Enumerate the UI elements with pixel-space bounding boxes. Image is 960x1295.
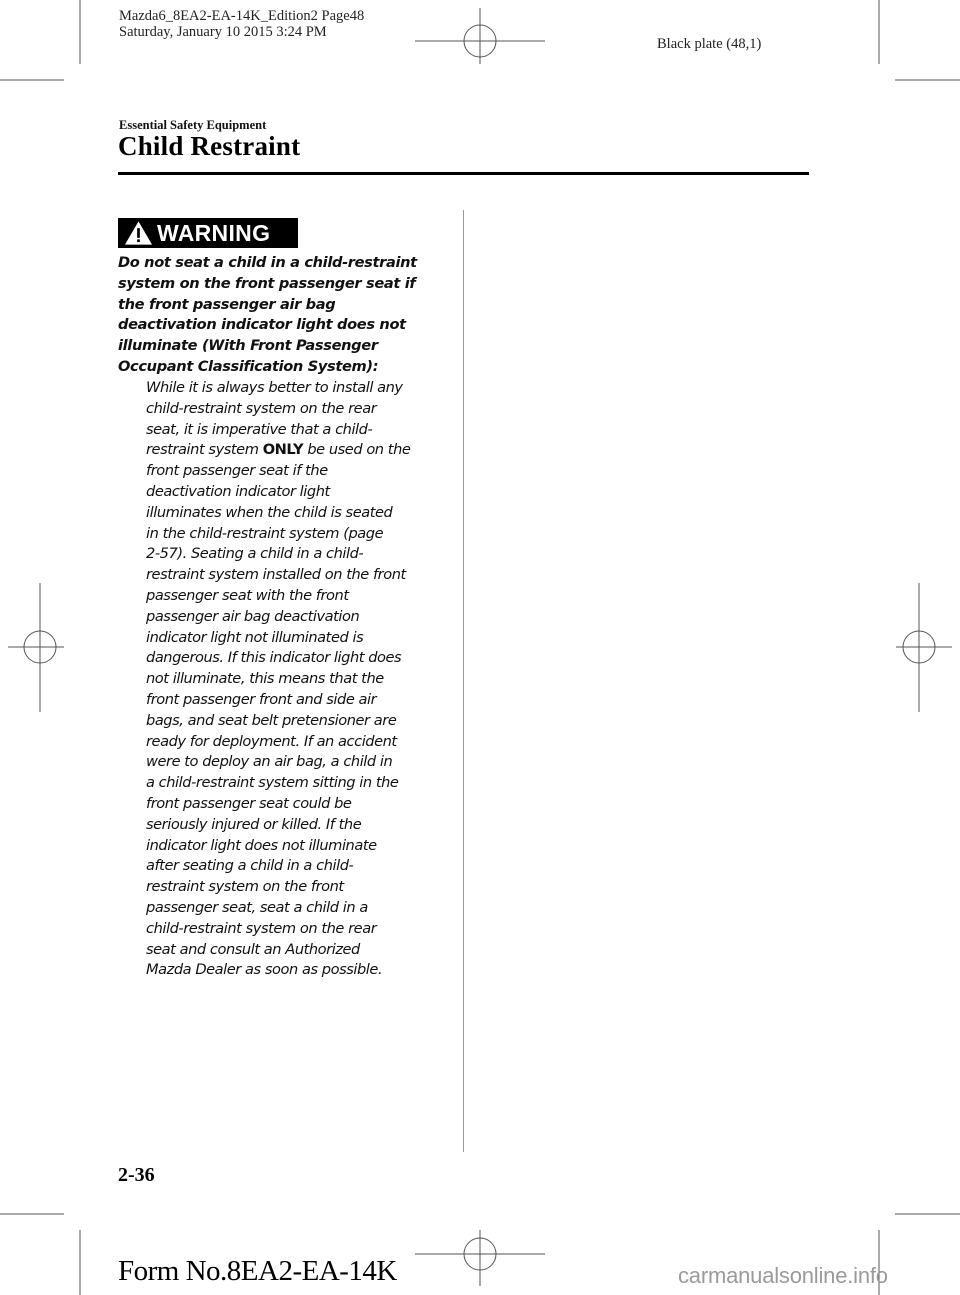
warning-body-line: front passenger seat could be: [146, 794, 446, 815]
warning-body-line-only: restraint system ONLY be used on the: [146, 440, 446, 461]
warning-body-line: illuminates when the child is seated: [146, 503, 446, 524]
warning-body-line: While it is always better to install any: [146, 378, 446, 399]
warning-body-line: indicator light not illuminated is: [146, 628, 446, 649]
warning-body-line: restraint system installed on the front: [146, 565, 446, 586]
warning-body-line: in the child-restraint system (page: [146, 524, 446, 545]
page-title: Child Restraint: [118, 131, 300, 162]
warning-triangle-icon: [124, 220, 153, 246]
warning-body-line: front passenger seat if the: [146, 461, 446, 482]
warning-lead-line: illuminate (With Front Passenger: [118, 336, 463, 357]
warning-body-line: ready for deployment. If an accident: [146, 732, 446, 753]
warning-body-line: 2-57). Seating a child in a child-: [146, 544, 446, 565]
form-number: Form No.8EA2-EA-14K: [118, 1255, 397, 1288]
print-file-line: Mazda6_8EA2-EA-14K_Edition2 Page48: [119, 9, 364, 25]
warning-body-line: were to deploy an air bag, a child in: [146, 752, 446, 773]
warning-lead-line: deactivation indicator light does not: [118, 315, 463, 336]
warning-body-text: While it is always better to install any…: [146, 378, 446, 981]
warning-body-line: restraint system on the front: [146, 877, 446, 898]
print-date-line: Saturday, January 10 2015 3:24 PM: [119, 25, 364, 41]
warning-body-line: after seating a child in a child-: [146, 856, 446, 877]
title-rule: [118, 172, 809, 175]
warning-body-line: child-restraint system on the rear: [146, 399, 446, 420]
printer-marks: [0, 0, 960, 1295]
warning-lead-line: system on the front passenger seat if: [118, 274, 463, 295]
warning-body-line: seat, it is imperative that a child-: [146, 420, 446, 441]
warning-body-line: dangerous. If this indicator light does: [146, 648, 446, 669]
column-divider: [463, 210, 464, 1152]
warning-lead-line: Do not seat a child in a child-restraint: [118, 253, 463, 274]
warning-body-line: not illuminate, this means that the: [146, 669, 446, 690]
warning-body-line: seriously injured or killed. If the: [146, 815, 446, 836]
warning-badge: WARNING: [118, 218, 298, 248]
print-job-info: Mazda6_8EA2-EA-14K_Edition2 Page48 Satur…: [119, 9, 364, 40]
warning-lead-line: Occupant Classification System):: [118, 357, 463, 378]
warning-body-line: bags, and seat belt pretensioner are: [146, 711, 446, 732]
warning-body-line: passenger seat, seat a child in a: [146, 898, 446, 919]
warning-lead-text: Do not seat a child in a child-restraint…: [118, 253, 463, 378]
warning-body-line: seat and consult an Authorized: [146, 940, 446, 961]
warning-body-line: passenger seat with the front: [146, 586, 446, 607]
warning-label: WARNING: [157, 220, 270, 247]
watermark: carmanualsonline.info: [678, 1263, 888, 1289]
warning-body-line: a child-restraint system sitting in the: [146, 773, 446, 794]
warning-body-line: front passenger front and side air: [146, 690, 446, 711]
only-emphasis: ONLY: [263, 441, 303, 458]
warning-body-line: child-restraint system on the rear: [146, 919, 446, 940]
plate-label: Black plate (48,1): [657, 36, 761, 53]
warning-body-line: deactivation indicator light: [146, 482, 446, 503]
warning-body-line: indicator light does not illuminate: [146, 836, 446, 857]
page-number: 2-36: [118, 1164, 155, 1187]
warning-lead-line: the front passenger air bag: [118, 295, 463, 316]
warning-body-line: passenger air bag deactivation: [146, 607, 446, 628]
warning-body-line: Mazda Dealer as soon as possible.: [146, 960, 446, 981]
